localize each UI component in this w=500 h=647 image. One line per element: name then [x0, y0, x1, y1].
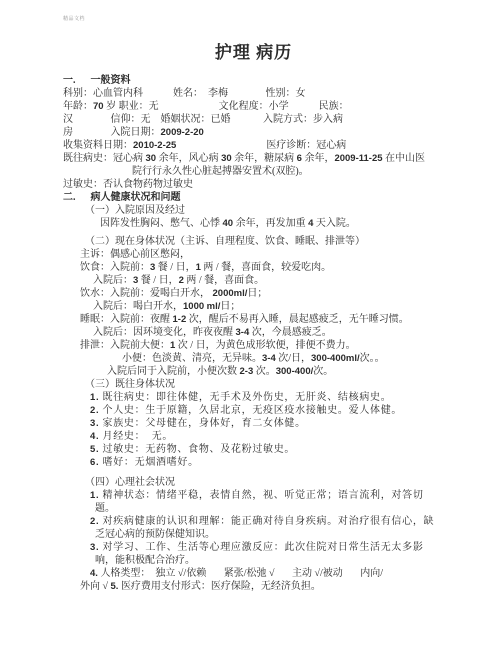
- latin-text-run: 1-2: [173, 314, 187, 325]
- latin-text-run: 70: [93, 101, 104, 112]
- text-line: 小便：色淡黄、清亮，无异味。3-4 次/日，300-400ml/次。。: [122, 352, 444, 365]
- text-line: （四）心理社会状况: [85, 476, 444, 489]
- text-line: 入院后同于入院前，小便次数 2-3 次。300-400/次。: [107, 365, 444, 378]
- latin-text-run: 3.: [90, 542, 99, 553]
- text-line: 入院后：喝白开水，1000 ml/日；: [93, 300, 444, 313]
- text-line: 题。: [95, 502, 444, 515]
- latin-text-run: 1: [170, 340, 175, 351]
- text-line: 4. 人格类型： 独立 √/依赖 紧张/松弛 √ 主动 √/被动 内向/: [90, 567, 444, 580]
- latin-text-run: 5.: [111, 581, 119, 592]
- text-line: 一. 一般资料: [63, 74, 444, 87]
- latin-text-run: 3.: [90, 418, 99, 429]
- page-title: 护理 病历: [63, 38, 444, 63]
- latin-text-run: 3: [133, 275, 138, 286]
- text-line: 收集资料日期：2010-2-25 医疗诊断：冠心病: [63, 139, 444, 152]
- latin-text-run: 1.: [90, 490, 99, 501]
- latin-text-run: 5.: [90, 444, 99, 455]
- latin-text-run: 2.: [90, 405, 99, 416]
- latin-text-run: 1000: [183, 301, 204, 312]
- watermark-text: 精品文档: [63, 16, 444, 30]
- latin-text-run: 3-4: [262, 353, 276, 364]
- text-line: 响，能积极配合治疗。: [95, 554, 444, 567]
- latin-text-run: 4.: [90, 568, 98, 579]
- latin-text-run: 30: [146, 153, 157, 164]
- text-line: 2. 个人史：生于原籍，久居北京，无疫区疫水接触史。爱人体健。: [90, 404, 444, 417]
- latin-text-run: ml/: [207, 301, 221, 312]
- text-line: （三）既往身体状况: [85, 378, 444, 391]
- text-line: 房 入院日期：2009-2-20: [63, 126, 444, 139]
- latin-text-run: 2.: [90, 516, 99, 527]
- latin-text-run: 3: [150, 262, 155, 273]
- text-line: 年龄：70 岁 职业：无 文化程度：小学 民族：: [63, 100, 444, 113]
- text-line: 入院后：因环境变化，昨夜夜醒 3-4 次，今晨感疲乏。: [93, 326, 444, 339]
- text-line: 1. 精神状态：情绪平稳，表情自然，视、听觉正常；语言流利，对答切: [90, 489, 444, 502]
- latin-text-run: 4: [308, 218, 313, 229]
- text-line: 乏冠心病的预防保健知识。: [95, 528, 444, 541]
- latin-text-run: 4.: [90, 431, 99, 442]
- latin-text-run: 2009-11-25: [334, 153, 382, 164]
- text-line: 既往病史：冠心病 30 余年，风心病 30 余年，糖尿病 6 余年，2009-1…: [63, 152, 444, 165]
- text-line: 二. 病人健康状况和问题: [63, 191, 444, 204]
- latin-text-run: 1.: [90, 392, 99, 403]
- text-line: 饮水：入院前：爱喝白开水， 2000ml/日；: [80, 287, 444, 300]
- text-line: （二）现在身体状况（主诉、自理程度、饮食、睡眠、排泄等）: [85, 235, 444, 248]
- text-line: 科别：心血管内科 姓名： 李梅 性别：女: [63, 87, 444, 100]
- text-line: 2. 对疾病健康的认识和理解：能正确对待自身疾病。对治疗很有信心，缺: [90, 515, 444, 528]
- latin-text-run: 2000ml/: [213, 288, 248, 299]
- text-line: 睡眠：入院前：夜醒 1-2 次，醒后不易再入睡，晨起感疲乏，无午睡习惯。: [80, 313, 444, 326]
- text-line: 过敏史：否认食物药物过敏史: [63, 178, 444, 191]
- text-line: 院行行永久性心脏起搏器安置术(双腔)。: [132, 165, 444, 178]
- document-body: 一. 一般资料科别：心血管内科 姓名： 李梅 性别：女年龄：70 岁 职业：无 …: [63, 74, 444, 593]
- text-line: 汉 信仰：无 婚姻状况：已婚 入院方式：步入病: [63, 113, 444, 126]
- latin-text-run: 2009-2-20: [161, 127, 204, 138]
- text-line: 主诉：偶感心前区憋闷，: [80, 248, 444, 261]
- latin-text-run: 300-400/: [276, 366, 314, 377]
- latin-text-run: 2: [179, 275, 184, 286]
- text-line: 入院后：3 餐 / 日，2 两 / 餐，喜面食。: [93, 274, 444, 287]
- text-line: 因阵发性胸闷、憋气、心悸 40 余年，再发加重 4 天入院。: [100, 217, 444, 230]
- text-line: 4. 月经史： 无。: [90, 430, 444, 443]
- text-line: 饮食：入院前：3 餐 / 日，1 两 / 餐，喜面食，较爱吃肉。: [80, 261, 444, 274]
- latin-text-run: 1: [196, 262, 201, 273]
- latin-text-run: 3-4: [236, 327, 250, 338]
- latin-text-run: 40: [223, 218, 234, 229]
- latin-text-run: 30: [221, 153, 232, 164]
- text-line: 3. 对学习、工作、生活等心理应激反应：此次住院对日常生活无太多影: [90, 541, 444, 554]
- text-line: 排泄：入院前大便：1 次 / 日，为黄色成形软便，排便不费力。: [80, 339, 444, 352]
- text-line: （一）入院原因及经过: [85, 204, 444, 217]
- text-line: 3. 家族史：父母健在，身体好，育二女体健。: [90, 417, 444, 430]
- latin-text-run: 6: [297, 153, 302, 164]
- text-line: 1. 既往病史：即往体健，无手术及外伤史，无肝炎、结核病史。: [90, 391, 444, 404]
- latin-text-run: 2-3: [240, 366, 254, 377]
- latin-text-run: 6.: [90, 457, 99, 468]
- text-line: 6. 嗜好：无烟酒嗜好。: [90, 456, 444, 469]
- document-page: 精品文档 护理 病历 一. 一般资料科别：心血管内科 姓名： 李梅 性别：女年龄…: [0, 0, 500, 647]
- latin-text-run: 300-400ml/: [311, 353, 360, 364]
- text-line: 外向 √ 5. 医疗费用支付形式：医疗保险，无经济负担。: [80, 580, 444, 593]
- text-line: 5. 过敏史：无药物、食物、及花粉过敏史。: [90, 443, 444, 456]
- latin-text-run: 2010-2-25: [133, 140, 176, 151]
